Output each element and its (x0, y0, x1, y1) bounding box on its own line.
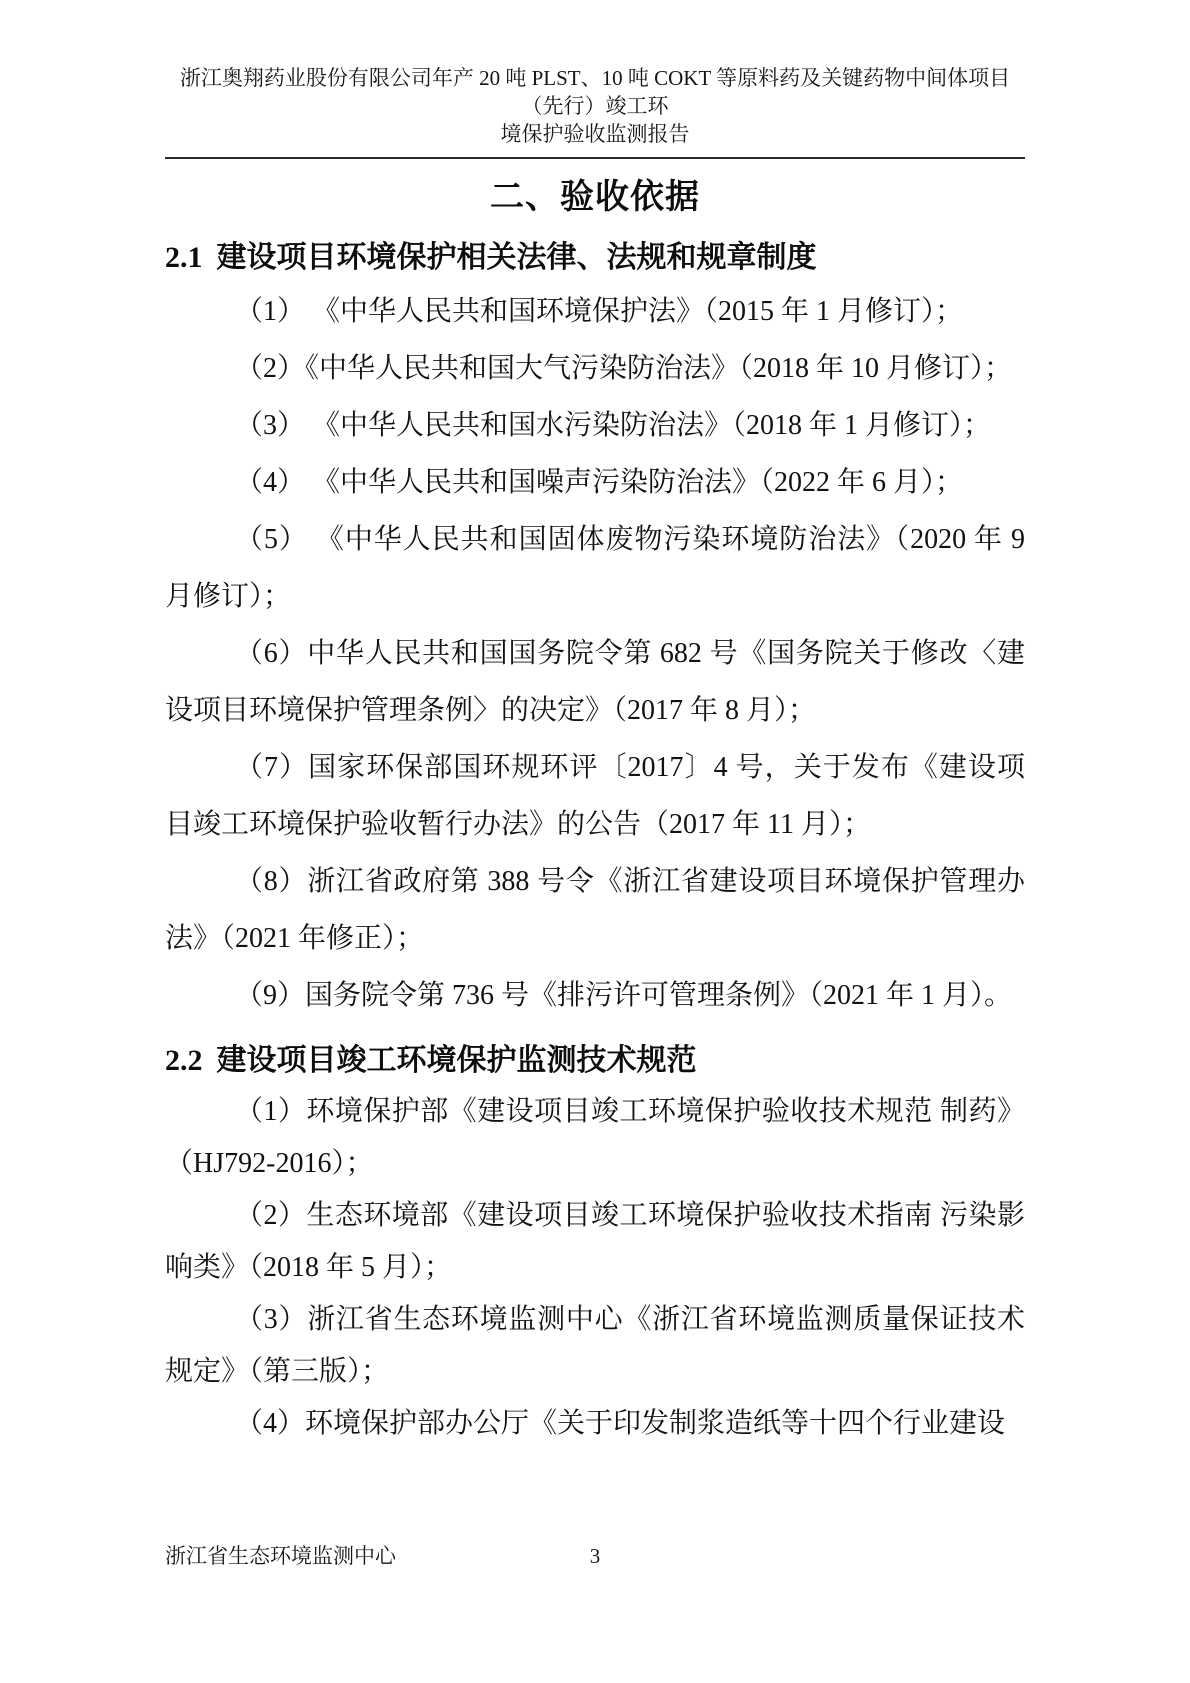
section-2-2-number: 2.2 (165, 1044, 203, 1077)
footer-page-number: 3 (165, 1541, 1025, 1571)
list-item: （2）《中华人民共和国大气污染防治法》（2018 年 10 月修订）； (165, 340, 1025, 397)
list-item: （9）国务院令第 736 号《排污许可管理条例》（2021 年 1 月）。 (165, 967, 1025, 1024)
list-item: （8）浙江省政府第 388 号令《浙江省建设项目环境保护管理办法》（2021 年… (165, 853, 1025, 967)
list-item: （3）浙江省生态环境监测中心《浙江省环境监测质量保证技术规定》（第三版）； (165, 1294, 1025, 1398)
section-2-2-heading-text: 建设项目竣工环境保护监测技术规范 (217, 1044, 697, 1077)
list-item: （1） 《中华人民共和国环境保护法》（2015 年 1 月修订）； (165, 283, 1025, 340)
section-2-1: 2.1建设项目环境保护相关法律、法规和规章制度 （1） 《中华人民共和国环境保护… (165, 237, 1025, 1024)
list-item: （5） 《中华人民共和国固体废物污染环境防治法》（2020 年 9 月修订）； (165, 511, 1025, 625)
header-line-1: 浙江奥翔药业股份有限公司年产 20 吨 PLST、10 吨 COKT 等原料药及… (165, 64, 1025, 120)
section-2-1-number: 2.1 (165, 241, 203, 274)
list-item: （6）中华人民共和国国务院令第 682 号《国务院关于修改〈建设项目环境保护管理… (165, 625, 1025, 739)
section-2-1-heading-text: 建设项目环境保护相关法律、法规和规章制度 (217, 241, 817, 274)
document-page: 浙江奥翔药业股份有限公司年产 20 吨 PLST、10 吨 COKT 等原料药及… (0, 0, 1190, 1683)
list-item: （4） 《中华人民共和国噪声污染防治法》（2022 年 6 月）； (165, 454, 1025, 511)
list-item: （3） 《中华人民共和国水污染防治法》（2018 年 1 月修订）； (165, 397, 1025, 454)
section-2-2-heading: 2.2建设项目竣工环境保护监测技术规范 (165, 1040, 1025, 1082)
list-item: （7）国家环保部国环规环评〔2017〕4 号，关于发布《建设项目竣工环境保护验收… (165, 739, 1025, 853)
section-2-1-heading: 2.1建设项目环境保护相关法律、法规和规章制度 (165, 237, 1025, 279)
list-item: （4）环境保护部办公厅《关于印发制浆造纸等十四个行业建设 (165, 1398, 1025, 1450)
chapter-title: 二、验收依据 (165, 175, 1025, 221)
page-footer: 浙江省生态环境监测中心 3 (165, 1541, 1025, 1571)
page-header: 浙江奥翔药业股份有限公司年产 20 吨 PLST、10 吨 COKT 等原料药及… (165, 0, 1025, 159)
section-2-2: 2.2建设项目竣工环境保护监测技术规范 （1）环境保护部《建设项目竣工环境保护验… (165, 1040, 1025, 1450)
list-item: （1）环境保护部《建设项目竣工环境保护验收技术规范 制药》（HJ792-2016… (165, 1086, 1025, 1190)
header-line-2: 境保护验收监测报告 (165, 120, 1025, 148)
list-item: （2）生态环境部《建设项目竣工环境保护验收技术指南 污染影响类》（2018 年 … (165, 1190, 1025, 1294)
